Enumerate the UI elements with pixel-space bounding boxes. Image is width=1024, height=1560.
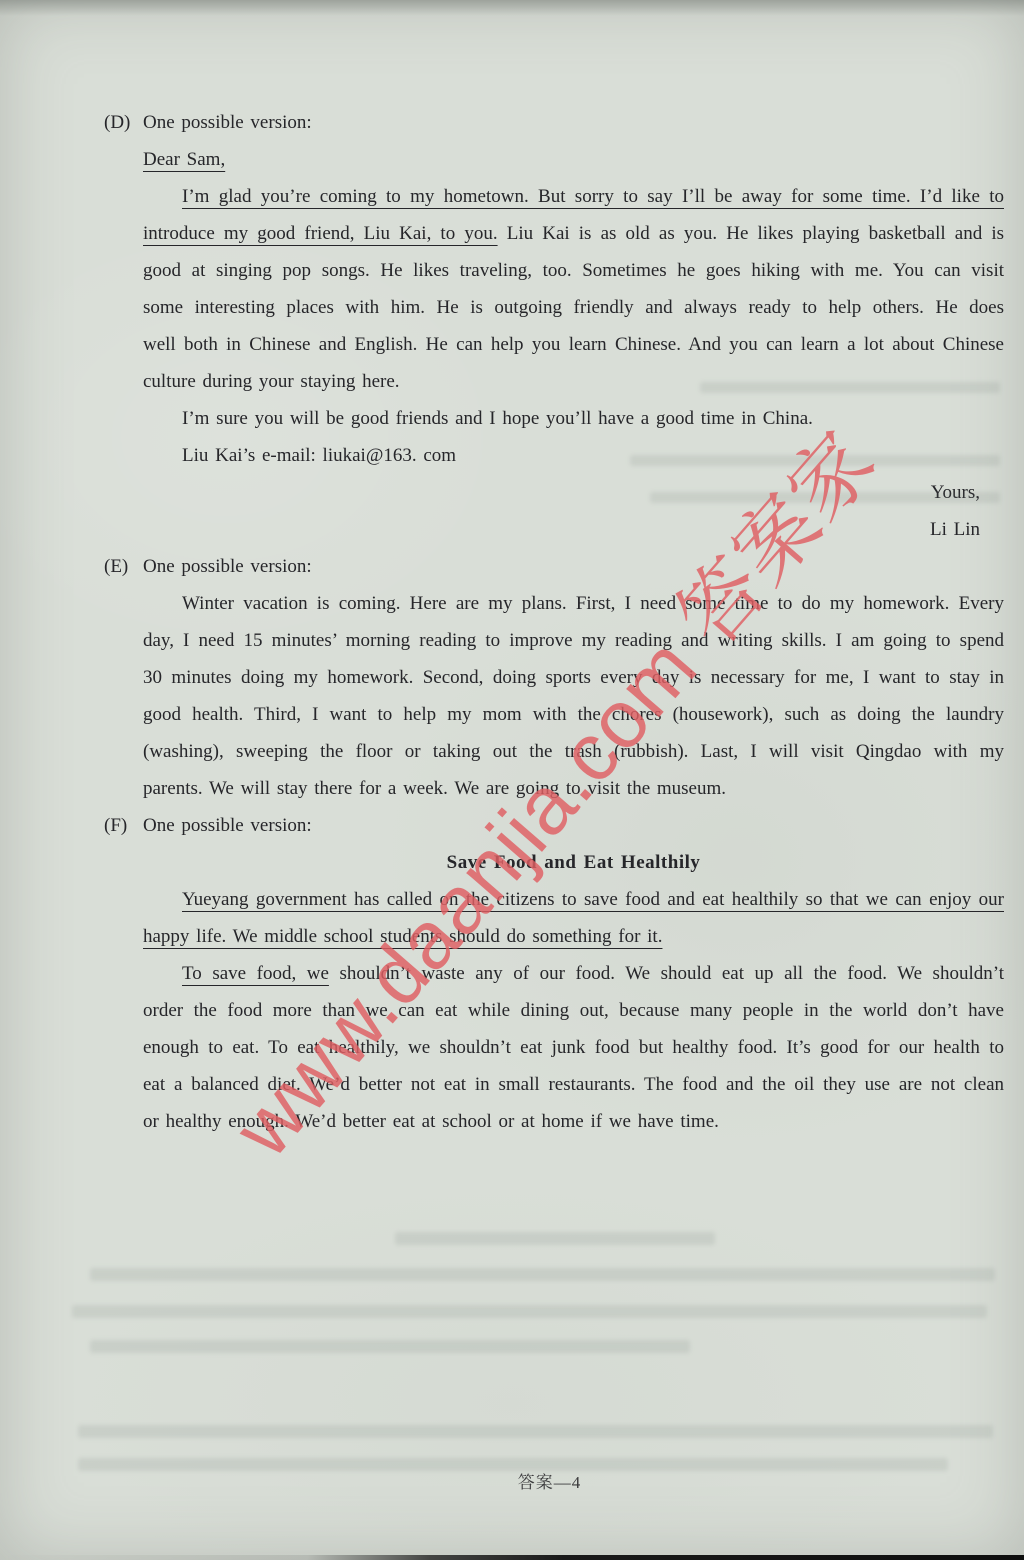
essay-line: order the food more than we can eat whil…: [143, 992, 1004, 1029]
essay-line: day, I need 15 minutes’ morning reading …: [143, 622, 1004, 659]
essay-line: or healthy enough. We’d better eat at sc…: [143, 1103, 1004, 1140]
section-d-label: (D): [104, 104, 143, 141]
essay-line: Winter vacation is coming. Here are my p…: [143, 585, 1004, 622]
essay-line: 30 minutes doing my homework. Second, do…: [143, 659, 1004, 696]
page-number-footer: 答案—4: [0, 1468, 1024, 1493]
essay-line: eat a balanced diet. We’d better not eat…: [143, 1066, 1004, 1103]
letter-line: good at singing pop songs. He likes trav…: [143, 252, 1004, 289]
essay-line: parents. We will stay there for a week. …: [143, 770, 1004, 807]
essay-line: happy life. We middle school students sh…: [143, 918, 1004, 955]
bleed-through-text: [90, 1340, 690, 1353]
section-d-heading: (D) One possible version:: [104, 104, 1004, 141]
essay-line: Yueyang government has called on the cit…: [143, 881, 1004, 918]
section-d-body: Dear Sam, I’m glad you’re coming to my h…: [143, 141, 1004, 548]
section-f-body: Save Food and Eat Healthily Yueyang gove…: [143, 844, 1004, 1140]
page-top-shadow: [0, 0, 1024, 16]
letter-line: some interesting places with him. He is …: [143, 289, 1004, 326]
section-e-label: (E): [104, 548, 143, 585]
section-f-heading: (F) One possible version:: [104, 807, 1004, 844]
letter-line: well both in Chinese and English. He can…: [143, 326, 1004, 363]
letter-signature: Li Lin: [143, 511, 1004, 548]
letter-line: I’m glad you’re coming to my hometown. B…: [143, 178, 1004, 215]
letter-line: I’m sure you will be good friends and I …: [143, 400, 1004, 437]
section-d-heading-text: One possible version:: [143, 104, 312, 141]
section-e-body: Winter vacation is coming. Here are my p…: [143, 585, 1004, 807]
essay-line: To save food, we shouldn’t waste any of …: [143, 955, 1004, 992]
section-f-heading-text: One possible version:: [143, 807, 312, 844]
page-content: (D) One possible version: Dear Sam, I’m …: [104, 104, 1004, 1140]
section-e-heading: (E) One possible version:: [104, 548, 1004, 585]
essay-line: enough to eat. To eat healthily, we shou…: [143, 1029, 1004, 1066]
bleed-through-text: [700, 382, 1000, 393]
essay-line: good health. Third, I want to help my mo…: [143, 696, 1004, 733]
scanned-answer-page: (D) One possible version: Dear Sam, I’m …: [0, 0, 1024, 1560]
letter-line: introduce my good friend, Liu Kai, to yo…: [143, 215, 1004, 252]
section-e-heading-text: One possible version:: [143, 548, 312, 585]
essay-title: Save Food and Eat Healthily: [143, 844, 1004, 881]
bleed-through-text: [90, 1268, 995, 1281]
letter-salutation: Dear Sam,: [143, 141, 1004, 178]
bleed-through-text: [72, 1305, 987, 1318]
section-f-label: (F): [104, 807, 143, 844]
bleed-through-text: [650, 492, 1000, 503]
essay-line: (washing), sweeping the floor or taking …: [143, 733, 1004, 770]
bleed-through-text: [630, 455, 1000, 466]
bleed-through-text: [78, 1425, 993, 1438]
scan-bottom-edge: [0, 1555, 1024, 1560]
bleed-through-text: [395, 1232, 715, 1245]
